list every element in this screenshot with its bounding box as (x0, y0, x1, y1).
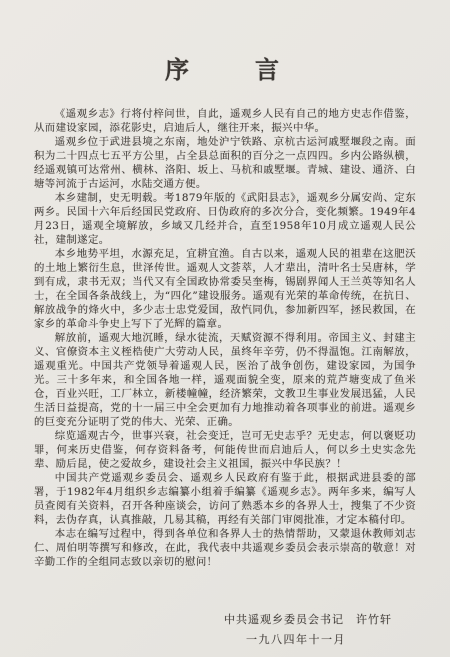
signature-line: 中共遥观乡委员会书记 许竹轩 (0, 611, 450, 627)
paragraph-5: 解放前，遥观大地沉睡，绿水徒流，天赋资源不得利用。帝国主义、封建主义、官僚资本主… (34, 331, 416, 429)
paragraph-3: 本乡建制，史无明载。考1879年版的《武阳县志》，遥观乡分属安尚、定东两乡。民国… (34, 191, 416, 247)
body-text: 《遥观乡志》行将付梓问世，自此，遥观乡人民有自己的地方史志作借鉴，从而建设家园，… (34, 107, 416, 569)
paragraph-7: 中国共产党遥观乡委员会、遥观乡人民政府有鉴于此，根据武进县委的部署，于1982年… (34, 471, 416, 527)
paragraph-2: 遥观乡位于武进县境之东南，地处沪宁铁路、京杭古运河戚墅堰段之南。面积为二十四点七… (34, 135, 416, 191)
paragraph-8: 本志在编写过程中，得到各单位和各界人士的热情帮助，又蒙退休教师刘志仁、周伯明等撰… (34, 527, 416, 569)
page-title: 序 言 (0, 0, 450, 85)
document-page: 序 言 《遥观乡志》行将付梓问世，自此，遥观乡人民有自己的地方史志作借鉴，从而建… (0, 0, 450, 657)
paragraph-4: 本乡地势平坦，水源充足，宜耕宜渔。自古以来，遥观人民的祖辈在这肥沃的土地上繁衍生… (34, 247, 416, 331)
date-line: 一九八四年十一月 (0, 631, 450, 647)
paragraph-1: 《遥观乡志》行将付梓问世，自此，遥观乡人民有自己的地方史志作借鉴，从而建设家园，… (34, 107, 416, 135)
paragraph-6: 综览遥观古今，世事兴衰，社会变迁，岂可无史志乎？无史志，何以褒贬功罪，何来历史借… (34, 429, 416, 471)
